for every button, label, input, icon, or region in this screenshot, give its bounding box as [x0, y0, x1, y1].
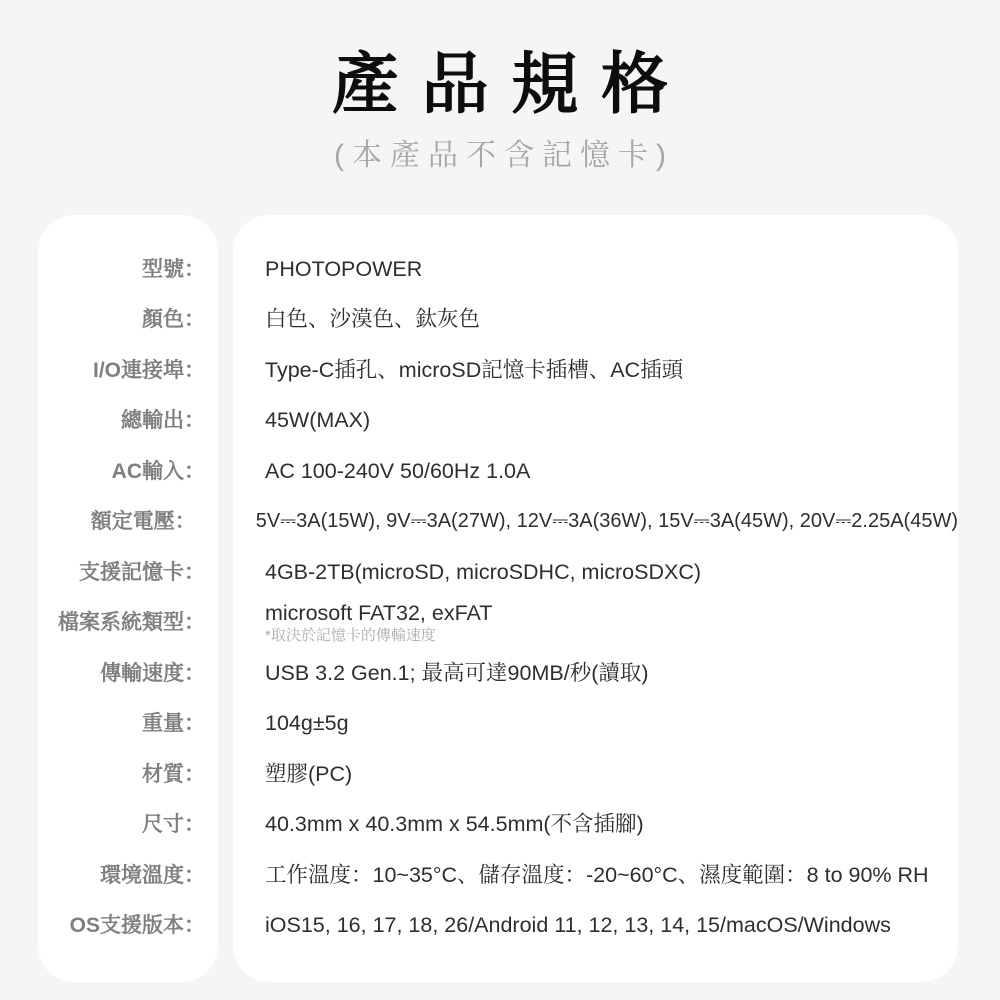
spec-row: 傳輸速度：USB 3.2 Gen.1; 最高可達90MB/秒(讀取) [38, 648, 958, 699]
spec-row: 總輸出：45W(MAX) [38, 396, 958, 447]
spec-row-value-text: 45W(MAX) [265, 408, 370, 433]
spec-row: I/O連接埠：Type-C插孔、microSD記憶卡插槽、AC插頭 [38, 345, 958, 396]
spec-row-value: Type-C插孔、microSD記憶卡插槽、AC插頭 [233, 358, 958, 383]
spec-row-label: 支援記憶卡： [38, 561, 218, 584]
spec-row-value-text: Type-C插孔、microSD記憶卡插槽、AC插頭 [265, 358, 683, 383]
spec-row: OS支援版本：iOS15, 16, 17, 18, 26/Android 11,… [38, 901, 958, 952]
spec-row-label: OS支援版本： [38, 914, 218, 937]
spec-row-value: USB 3.2 Gen.1; 最高可達90MB/秒(讀取) [233, 661, 958, 686]
spec-row-value: 塑膠(PC) [233, 762, 958, 787]
spec-row-label: 檔案系統類型： [38, 611, 218, 634]
page-title: 產品規格 [0, 48, 1000, 122]
spec-row-label: 額定電壓： [38, 510, 209, 533]
spec-row-label: 傳輸速度： [38, 662, 218, 685]
spec-row: 尺寸：40.3mm x 40.3mm x 54.5mm(不含插腳) [38, 800, 958, 851]
spec-row-value-text: 5V⎓3A(15W), 9V⎓3A(27W), 12V⎓3A(36W), 15V… [256, 510, 958, 533]
spec-row-value: 工作溫度：10~35°C、儲存溫度：-20~60°C、濕度範圍：8 to 90%… [233, 863, 958, 888]
spec-row: 重量：104g±5g [38, 699, 958, 750]
spec-row-value-text: PHOTOPOWER [265, 257, 422, 282]
spec-row-label: 尺寸： [38, 813, 218, 836]
spec-row: 支援記憶卡：4GB-2TB(microSD, microSDHC, microS… [38, 547, 958, 598]
spec-row-value: AC 100-240V 50/60Hz 1.0A [233, 459, 958, 484]
spec-row-value-text: 4GB-2TB(microSD, microSDHC, microSDXC) [265, 560, 701, 585]
spec-row: AC輸入：AC 100-240V 50/60Hz 1.0A [38, 446, 958, 497]
spec-row-value-text: AC 100-240V 50/60Hz 1.0A [265, 459, 530, 484]
spec-row-value: 5V⎓3A(15W), 9V⎓3A(27W), 12V⎓3A(36W), 15V… [224, 510, 958, 533]
spec-row: 檔案系統類型：microsoft FAT32, exFAT*取決於記憶卡的傳輸速… [38, 598, 958, 649]
spec-row-value: 白色、沙漠色、鈦灰色 [233, 307, 958, 332]
spec-row-label: 重量： [38, 712, 218, 735]
spec-row-note: *取決於記憶卡的傳輸速度 [265, 628, 436, 645]
spec-row-value-text: 40.3mm x 40.3mm x 54.5mm(不含插腳) [265, 812, 644, 837]
page-subtitle: (本產品不含記憶卡) [0, 130, 1000, 174]
spec-row-value-text: 白色、沙漠色、鈦灰色 [265, 307, 480, 332]
spec-row: 環境溫度：工作溫度：10~35°C、儲存溫度：-20~60°C、濕度範圍：8 t… [38, 850, 958, 901]
spec-row-label: 環境溫度： [38, 864, 218, 887]
spec-row-value: PHOTOPOWER [233, 257, 958, 282]
spec-row-value-text: 塑膠(PC) [265, 762, 352, 787]
spec-row-value: iOS15, 16, 17, 18, 26/Android 11, 12, 13… [233, 913, 958, 938]
spec-rows: 型號：PHOTOPOWER顏色：白色、沙漠色、鈦灰色I/O連接埠：Type-C插… [38, 244, 958, 951]
spec-row-value-text: 工作溫度：10~35°C、儲存溫度：-20~60°C、濕度範圍：8 to 90%… [265, 863, 929, 888]
spec-row-value: 45W(MAX) [233, 408, 958, 433]
spec-row-value: microsoft FAT32, exFAT*取決於記憶卡的傳輸速度 [233, 601, 958, 644]
spec-row-value-text: 104g±5g [265, 711, 349, 736]
spec-row-label: 總輸出： [38, 409, 218, 432]
spec-row-value: 104g±5g [233, 711, 958, 736]
spec-row: 型號：PHOTOPOWER [38, 244, 958, 295]
spec-row-value: 40.3mm x 40.3mm x 54.5mm(不含插腳) [233, 812, 958, 837]
spec-row: 額定電壓：5V⎓3A(15W), 9V⎓3A(27W), 12V⎓3A(36W)… [38, 497, 958, 548]
spec-row-value-text: USB 3.2 Gen.1; 最高可達90MB/秒(讀取) [265, 661, 649, 686]
spec-row-label: 材質： [38, 763, 218, 786]
spec-row-value-text: iOS15, 16, 17, 18, 26/Android 11, 12, 13… [265, 913, 891, 938]
spec-row-label: AC輸入： [38, 460, 218, 483]
spec-row-label: 顏色： [38, 308, 218, 331]
spec-row-value: 4GB-2TB(microSD, microSDHC, microSDXC) [233, 560, 958, 585]
spec-row: 顏色：白色、沙漠色、鈦灰色 [38, 295, 958, 346]
page-header: 產品規格 (本產品不含記憶卡) [0, 48, 1000, 174]
spec-row-value-text: microsoft FAT32, exFAT [265, 601, 492, 626]
spec-row-label: I/O連接埠： [38, 359, 218, 382]
spec-row: 材質：塑膠(PC) [38, 749, 958, 800]
spec-row-label: 型號： [38, 258, 218, 281]
